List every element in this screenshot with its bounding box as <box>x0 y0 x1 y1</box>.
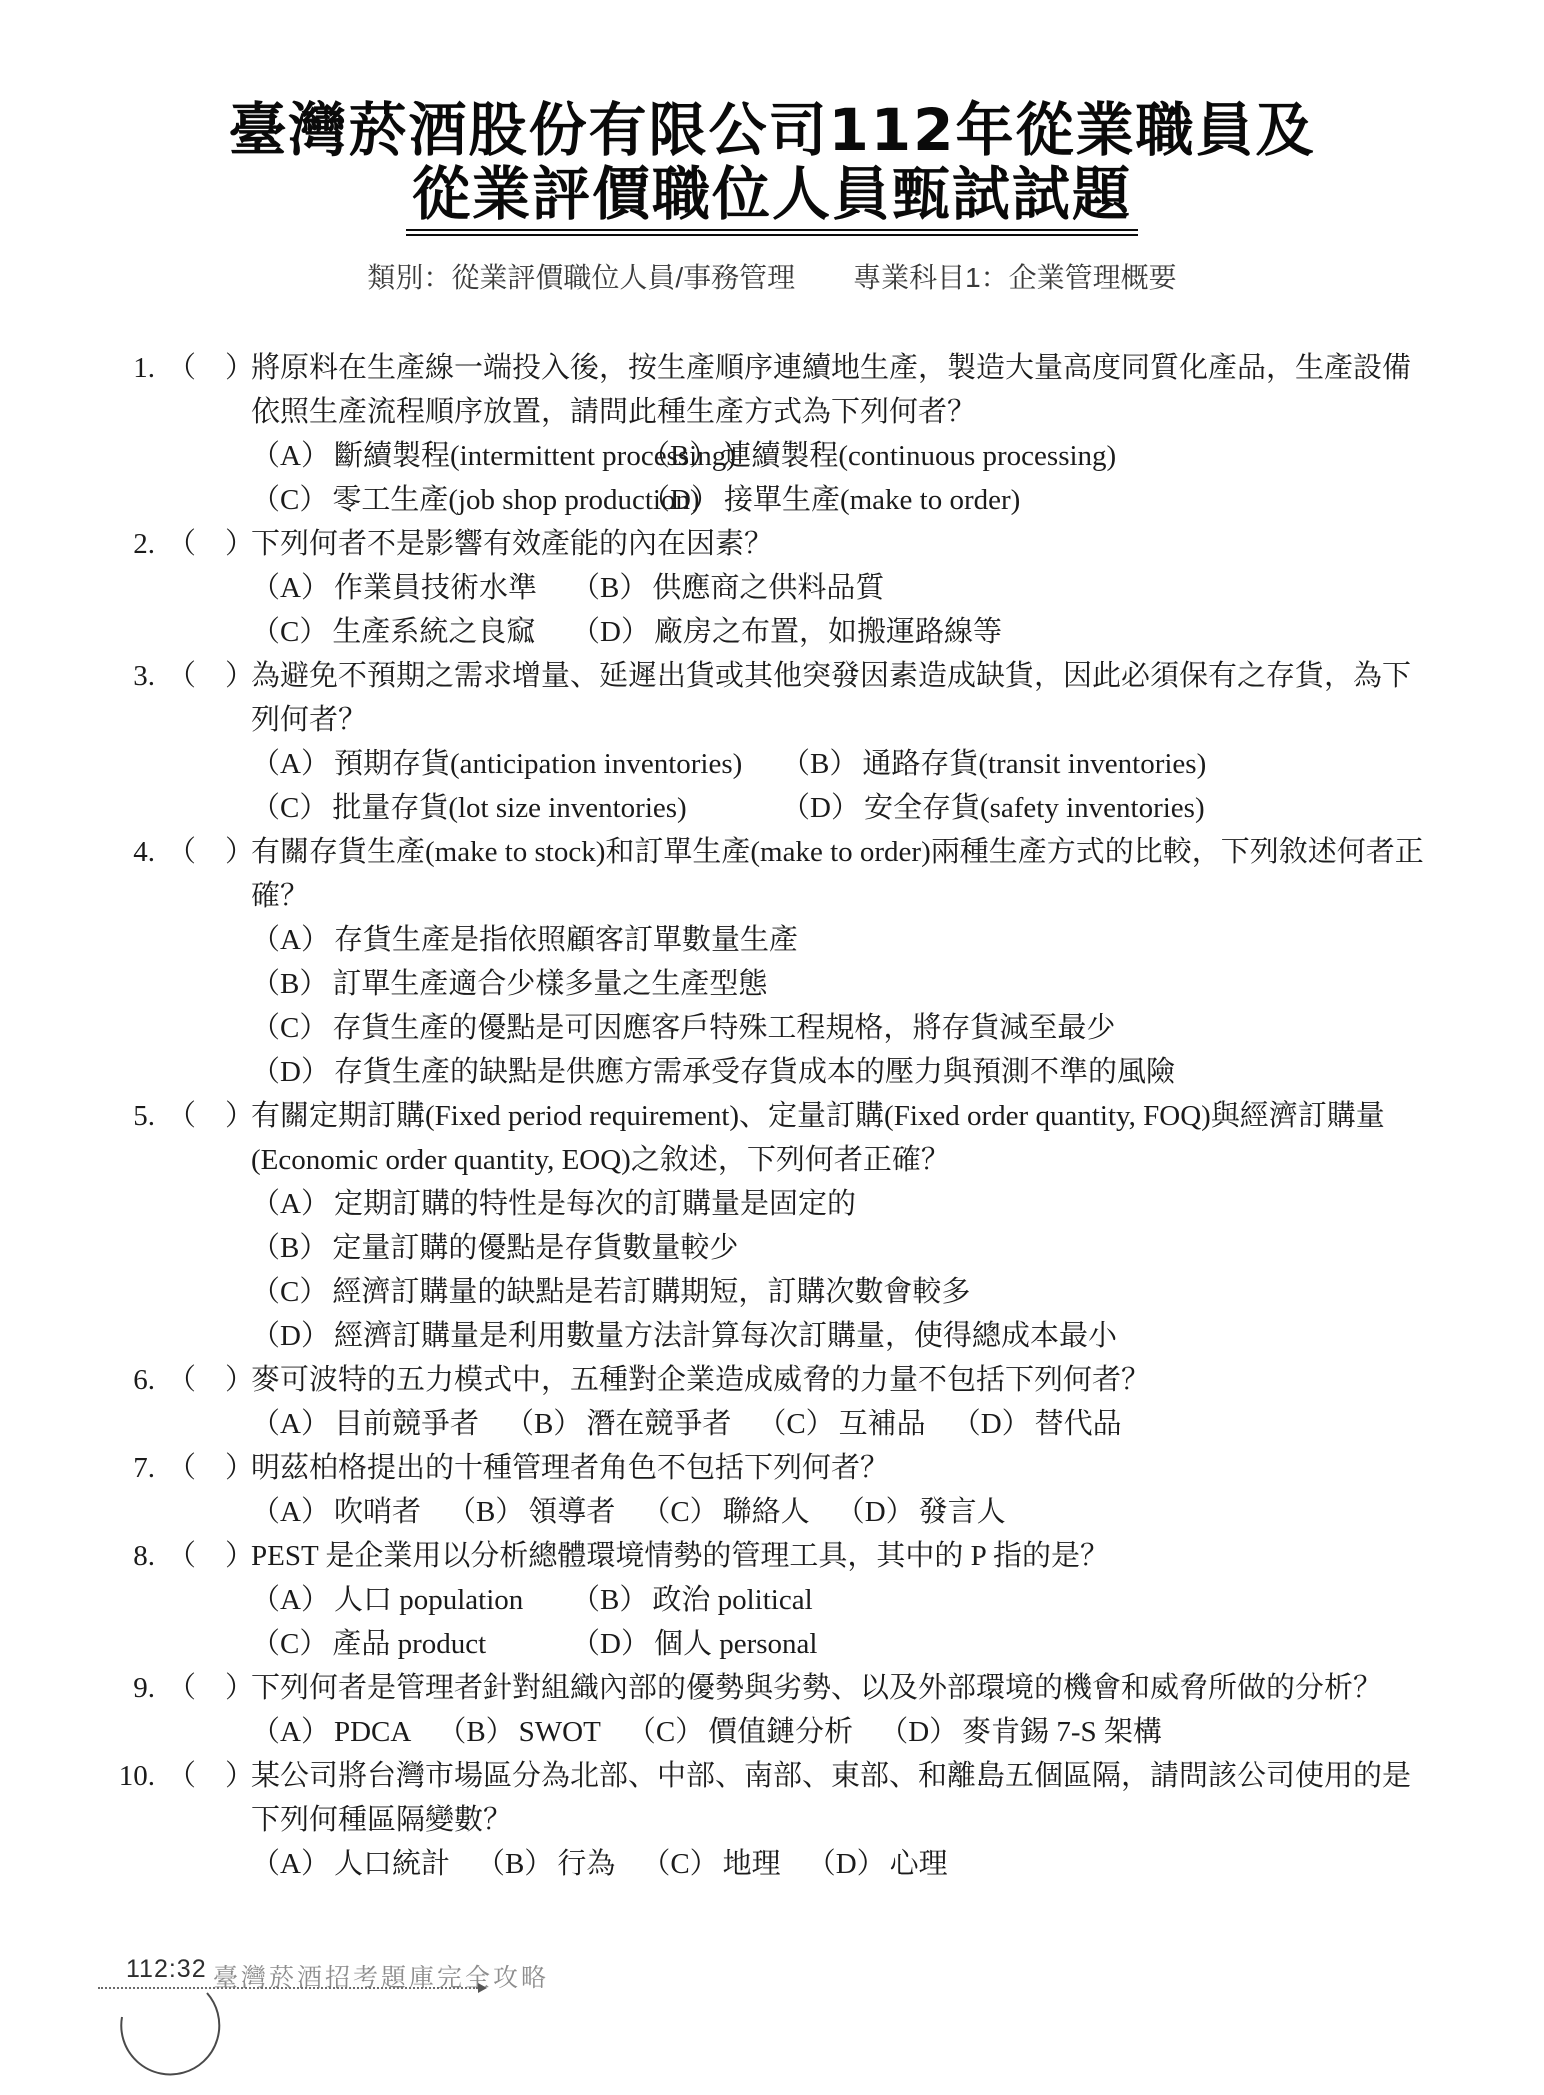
option-label: （B） <box>476 1848 553 1880</box>
question-stem-line: 明茲柏格提出的十種管理者角色不包括下列何者？ <box>251 1446 1448 1490</box>
option: （C）存貨生產的優點是可因應客戶特殊工程規格，將存貨減至最少 <box>251 1006 1448 1050</box>
option-text: 批量存貨(lot size inventories) <box>332 792 686 824</box>
option-text: 供應商之供料品質 <box>652 572 884 604</box>
option-label: （C） <box>641 1496 718 1528</box>
option-label: （D） <box>952 1408 1031 1440</box>
option-text: 價值鏈分析 <box>708 1716 853 1748</box>
option: （C）互補品 <box>757 1402 925 1446</box>
answer-parens: （ ） <box>155 1534 251 1666</box>
option-text: 安全存貨(safety inventories) <box>864 792 1205 824</box>
option-text: 作業員技術水準 <box>334 572 537 604</box>
option-label: （C） <box>251 1628 328 1660</box>
options-group: （A）預期存貨(anticipation inventories)（B）通路存貨… <box>251 742 1448 830</box>
option: （C）產品 product <box>251 1622 571 1666</box>
question-stem-line: (Economic order quantity, EOQ)之敘述，下列何者正確… <box>251 1138 1448 1182</box>
option-label: （B） <box>571 1584 648 1616</box>
answer-parens: （ ） <box>155 1754 251 1886</box>
question-body: 為避免不預期之需求增量、延遲出貨或其他突發因素造成缺貨，因此必須保有之存貨，為下… <box>251 654 1448 830</box>
option: （D）發言人 <box>836 1490 1006 1534</box>
option-label: （B） <box>437 1716 514 1748</box>
option: （B）SWOT <box>437 1710 601 1754</box>
option-text: 替代品 <box>1035 1408 1122 1440</box>
question-number: 8. <box>100 1534 155 1666</box>
question-number: 2. <box>100 522 155 654</box>
question-body: 將原料在生產線一端投入後，按生產順序連續地生產，製造大量高度同質化產品，生產設備… <box>251 346 1448 522</box>
question-stem-line: 為避免不預期之需求增量、延遲出貨或其他突發因素造成缺貨，因此必須保有之存貨，為下 <box>251 654 1448 698</box>
option: （D）經濟訂購量是利用數量方法計算每次訂購量，使得總成本最小 <box>251 1314 1448 1358</box>
option: （B）連續製程(continuous processing) <box>641 434 1448 478</box>
option-label: （B） <box>251 968 328 1000</box>
option-label: （C） <box>641 1848 718 1880</box>
option-text: 互補品 <box>839 1408 926 1440</box>
option-label: （A） <box>251 1716 330 1748</box>
option: （A）PDCA <box>251 1710 411 1754</box>
option-label: （B） <box>505 1408 582 1440</box>
option: （D）麥肯錫 7-S 架構 <box>879 1710 1162 1754</box>
question-row: 2.（ ）下列何者不是影響有效產能的內在因素？（A）作業員技術水準（B）供應商之… <box>100 522 1448 654</box>
question-row: 4.（ ）有關存貨生產(make to stock)和訂單生產(make to … <box>100 830 1448 1094</box>
option: （A）定期訂購的特性是每次的訂購量是固定的 <box>251 1182 1448 1226</box>
option: （B）定量訂購的優點是存貨數量較少 <box>251 1226 1448 1270</box>
option-label: （A） <box>251 572 330 604</box>
option: （C）批量存貨(lot size inventories) <box>251 786 781 830</box>
option-text: 存貨生產是指依照顧客訂單數量生產 <box>334 924 798 956</box>
options-group: （A）存貨生產是指依照顧客訂單數量生產（B）訂單生產適合少樣多量之生產型態（C）… <box>251 918 1448 1094</box>
exam-title: 臺灣菸酒股份有限公司112年從業職員及 從業評價職位人員甄試試題 <box>0 98 1544 236</box>
answer-parens: （ ） <box>155 1446 251 1534</box>
option: （C）經濟訂購量的缺點是若訂購期短，訂購次數會較多 <box>251 1270 1448 1314</box>
question-number: 7. <box>100 1446 155 1534</box>
question-body: 下列何者不是影響有效產能的內在因素？（A）作業員技術水準（B）供應商之供料品質（… <box>251 522 1448 654</box>
option-label: （B） <box>447 1496 524 1528</box>
option-label: （D） <box>879 1716 958 1748</box>
question-list: 1.（ ）將原料在生產線一端投入後，按生產順序連續地生產，製造大量高度同質化產品… <box>0 346 1544 1886</box>
option-text: 目前競爭者 <box>334 1408 479 1440</box>
option-label: （A） <box>251 1188 330 1220</box>
question-row: 3.（ ）為避免不預期之需求增量、延遲出貨或其他突發因素造成缺貨，因此必須保有之… <box>100 654 1448 830</box>
option-text: 產品 product <box>332 1628 486 1660</box>
question-stem-line: 某公司將台灣市場區分為北部、中部、南部、東部、和離島五個區隔，請問該公司使用的是 <box>251 1754 1448 1798</box>
options-group: （A）吹哨者（B）領導者（C）聯絡人（D）發言人 <box>251 1490 1448 1534</box>
question-stem-line: 確？ <box>251 874 1448 918</box>
option-text: 發言人 <box>919 1496 1006 1528</box>
option-text: 經濟訂購量是利用數量方法計算每次訂購量，使得總成本最小 <box>334 1320 1117 1352</box>
option-text: 潛在競爭者 <box>586 1408 731 1440</box>
option-label: （D） <box>251 1320 330 1352</box>
option-text: 定量訂購的優點是存貨數量較少 <box>332 1232 738 1264</box>
option-label: （C） <box>251 792 328 824</box>
answer-parens: （ ） <box>155 1358 251 1446</box>
option: （C）聯絡人 <box>641 1490 809 1534</box>
options-group: （A）PDCA（B）SWOT（C）價值鏈分析（D）麥肯錫 7-S 架構 <box>251 1710 1448 1754</box>
option-label: （C） <box>251 616 328 648</box>
options-group: （A）人口統計（B）行為（C）地理（D）心理 <box>251 1842 1448 1886</box>
option-text: PDCA <box>334 1716 411 1748</box>
option-label: （C） <box>757 1408 834 1440</box>
option-label: （A） <box>251 1408 330 1440</box>
exam-title-line1: 臺灣菸酒股份有限公司112年從業職員及 <box>0 98 1544 162</box>
question-number: 3. <box>100 654 155 830</box>
answer-parens: （ ） <box>155 1094 251 1358</box>
option: （D）安全存貨(safety inventories) <box>781 786 1448 830</box>
options-group: （A）人口 population（B）政治 political（C）產品 pro… <box>251 1578 1448 1666</box>
exam-subject: 專業科目1：企業管理概要 <box>853 256 1177 296</box>
option-text: SWOT <box>519 1716 601 1748</box>
question-stem-line: 麥可波特的五力模式中，五種對企業造成威脅的力量不包括下列何者？ <box>251 1358 1448 1402</box>
option-text: 人口 population <box>334 1584 523 1616</box>
option-label: （B） <box>781 748 858 780</box>
option-text: 聯絡人 <box>723 1496 810 1528</box>
question-body: 下列何者是管理者針對組織內部的優勢與劣勢、以及外部環境的機會和威脅所做的分析？（… <box>251 1666 1448 1754</box>
option: （A）吹哨者 <box>251 1490 421 1534</box>
question-stem-line: 下列何者是管理者針對組織內部的優勢與劣勢、以及外部環境的機會和威脅所做的分析？ <box>251 1666 1448 1710</box>
option: （A）斷續製程(intermittent processing) <box>251 434 641 478</box>
question-row: 7.（ ）明茲柏格提出的十種管理者角色不包括下列何者？（A）吹哨者（B）領導者（… <box>100 1446 1448 1534</box>
question-number: 9. <box>100 1666 155 1754</box>
option-label: （D） <box>251 1056 330 1088</box>
question-stem-line: 有關定期訂購(Fixed period requirement)、定量訂購(Fi… <box>251 1094 1448 1138</box>
option-label: （D） <box>781 792 860 824</box>
option-text: 廠房之布置，如搬運路線等 <box>654 616 1002 648</box>
option-label: （A） <box>251 1496 330 1528</box>
question-number: 1. <box>100 346 155 522</box>
option-label: （A） <box>251 1848 330 1880</box>
question-row: 8.（ ）PEST 是企業用以分析總體環境情勢的管理工具，其中的 P 指的是？（… <box>100 1534 1448 1666</box>
option-label: （C） <box>251 1012 328 1044</box>
option-text: 定期訂購的特性是每次的訂購量是固定的 <box>334 1188 856 1220</box>
option: （C）地理 <box>641 1842 780 1886</box>
option-text: 存貨生產的優點是可因應客戶特殊工程規格，將存貨減至最少 <box>332 1012 1115 1044</box>
option-label: （A） <box>251 748 330 780</box>
option: （A）目前競爭者 <box>251 1402 479 1446</box>
option: （D）替代品 <box>952 1402 1122 1446</box>
option-text: 預期存貨(anticipation inventories) <box>334 748 742 780</box>
question-stem-line: 將原料在生產線一端投入後，按生產順序連續地生產，製造大量高度同質化產品，生產設備 <box>251 346 1448 390</box>
option: （A）存貨生產是指依照顧客訂單數量生產 <box>251 918 1448 962</box>
option-text: 通路存貨(transit inventories) <box>862 748 1206 780</box>
question-body: 有關定期訂購(Fixed period requirement)、定量訂購(Fi… <box>251 1094 1448 1358</box>
option-text: 訂單生產適合少樣多量之生產型態 <box>332 968 767 1000</box>
option-label: （C） <box>627 1716 704 1748</box>
option: （A）作業員技術水準 <box>251 566 571 610</box>
option: （B）潛在競爭者 <box>505 1402 731 1446</box>
question-body: PEST 是企業用以分析總體環境情勢的管理工具，其中的 P 指的是？（A）人口 … <box>251 1534 1448 1666</box>
question-stem-line: PEST 是企業用以分析總體環境情勢的管理工具，其中的 P 指的是？ <box>251 1534 1448 1578</box>
option-label: （A） <box>251 924 330 956</box>
option-text: 存貨生產的缺點是供應方需承受存貨成本的壓力與預測不準的風險 <box>334 1056 1175 1088</box>
option: （D）存貨生產的缺點是供應方需承受存貨成本的壓力與預測不準的風險 <box>251 1050 1448 1094</box>
answer-parens: （ ） <box>155 346 251 522</box>
footer-dotted-line <box>98 1987 478 1989</box>
option: （D）個人 personal <box>571 1622 1448 1666</box>
question-number: 10. <box>100 1754 155 1886</box>
exam-title-line2: 從業評價職位人員甄試試題 <box>0 162 1544 236</box>
options-group: （A）斷續製程(intermittent processing)（B）連續製程(… <box>251 434 1448 522</box>
question-row: 6.（ ）麥可波特的五力模式中，五種對企業造成威脅的力量不包括下列何者？（A）目… <box>100 1358 1448 1446</box>
option-text: 政治 political <box>652 1584 812 1616</box>
footer-arrow-icon <box>478 1983 487 1993</box>
option-label: （B） <box>571 572 648 604</box>
question-stem-line: 下列何種區隔變數？ <box>251 1798 1448 1842</box>
option: （B）政治 political <box>571 1578 1448 1622</box>
question-number: 5. <box>100 1094 155 1358</box>
option: （A）預期存貨(anticipation inventories) <box>251 742 781 786</box>
question-number: 6. <box>100 1358 155 1446</box>
question-row: 1.（ ）將原料在生產線一端投入後，按生產順序連續地生產，製造大量高度同質化產品… <box>100 346 1448 522</box>
question-body: 明茲柏格提出的十種管理者角色不包括下列何者？（A）吹哨者（B）領導者（C）聯絡人… <box>251 1446 1448 1534</box>
option-label: （D） <box>641 484 720 516</box>
option-label: （C） <box>251 484 328 516</box>
question-number: 4. <box>100 830 155 1094</box>
option: （B）訂單生產適合少樣多量之生產型態 <box>251 962 1448 1006</box>
option: （B）供應商之供料品質 <box>571 566 1448 610</box>
option-text: 連續製程(continuous processing) <box>722 440 1116 472</box>
option-text: 經濟訂購量的缺點是若訂購期短，訂購次數會較多 <box>332 1276 970 1308</box>
option-label: （A） <box>251 1584 330 1616</box>
options-group: （A）作業員技術水準（B）供應商之供料品質（C）生產系統之良窳（D）廠房之布置，… <box>251 566 1448 654</box>
answer-parens: （ ） <box>155 654 251 830</box>
exam-category: 類別：從業評價職位人員/事務管理 <box>367 256 795 296</box>
question-row: 5.（ ）有關定期訂購(Fixed period requirement)、定量… <box>100 1094 1448 1358</box>
option: （C）零工生產(job shop production) <box>251 478 641 522</box>
question-body: 某公司將台灣市場區分為北部、中部、南部、東部、和離島五個區隔，請問該公司使用的是… <box>251 1754 1448 1886</box>
option: （B）通路存貨(transit inventories) <box>781 742 1448 786</box>
exam-meta: 類別：從業評價職位人員/事務管理 專業科目1：企業管理概要 <box>0 256 1544 296</box>
question-row: 9.（ ）下列何者是管理者針對組織內部的優勢與劣勢、以及外部環境的機會和威脅所做… <box>100 1666 1448 1754</box>
answer-parens: （ ） <box>155 1666 251 1754</box>
option-text: 麥肯錫 7-S 架構 <box>962 1716 1162 1748</box>
option: （C）價值鏈分析 <box>627 1710 853 1754</box>
option: （C）生產系統之良窳 <box>251 610 571 654</box>
option-label: （D） <box>571 1628 650 1660</box>
question-stem-line: 有關存貨生產(make to stock)和訂單生產(make to order… <box>251 830 1448 874</box>
option: （D）接單生產(make to order) <box>641 478 1448 522</box>
option-text: 心理 <box>890 1848 948 1880</box>
option-text: 領導者 <box>528 1496 615 1528</box>
question-body: 麥可波特的五力模式中，五種對企業造成威脅的力量不包括下列何者？（A）目前競爭者（… <box>251 1358 1448 1446</box>
option: （A）人口 population <box>251 1578 571 1622</box>
page-footer: 112:32 臺灣菸酒招考題庫完全攻略 <box>0 1945 620 2095</box>
answer-parens: （ ） <box>155 830 251 1094</box>
option: （D）廠房之布置，如搬運路線等 <box>571 610 1448 654</box>
option-label: （D） <box>571 616 650 648</box>
question-stem-line: 依照生產流程順序放置，請問此種生產方式為下列何者？ <box>251 390 1448 434</box>
option-text: 接單生產(make to order) <box>724 484 1020 516</box>
option-label: （B） <box>641 440 718 472</box>
option-text: 地理 <box>723 1848 781 1880</box>
option: （B）領導者 <box>447 1490 615 1534</box>
option-label: （D） <box>836 1496 915 1528</box>
options-group: （A）目前競爭者（B）潛在競爭者（C）互補品（D）替代品 <box>251 1402 1448 1446</box>
option-text: 個人 personal <box>654 1628 818 1660</box>
option: （D）心理 <box>807 1842 948 1886</box>
option-label: （B） <box>251 1232 328 1264</box>
question-stem-line: 下列何者不是影響有效產能的內在因素？ <box>251 522 1448 566</box>
option-text: 行為 <box>557 1848 615 1880</box>
option-label: （C） <box>251 1276 328 1308</box>
option-label: （D） <box>807 1848 886 1880</box>
question-row: 10.（ ）某公司將台灣市場區分為北部、中部、南部、東部、和離島五個區隔，請問該… <box>100 1754 1448 1886</box>
option-label: （A） <box>251 440 330 472</box>
option: （A）人口統計 <box>251 1842 450 1886</box>
option-text: 吹哨者 <box>334 1496 421 1528</box>
option-text: 生產系統之良窳 <box>332 616 535 648</box>
question-stem-line: 列何者？ <box>251 698 1448 742</box>
question-body: 有關存貨生產(make to stock)和訂單生產(make to order… <box>251 830 1448 1094</box>
option: （B）行為 <box>476 1842 615 1886</box>
page-number-badge: 112:32 <box>126 1955 207 1984</box>
answer-parens: （ ） <box>155 522 251 654</box>
options-group: （A）定期訂購的特性是每次的訂購量是固定的（B）定量訂購的優點是存貨數量較少（C… <box>251 1182 1448 1358</box>
option-text: 人口統計 <box>334 1848 450 1880</box>
